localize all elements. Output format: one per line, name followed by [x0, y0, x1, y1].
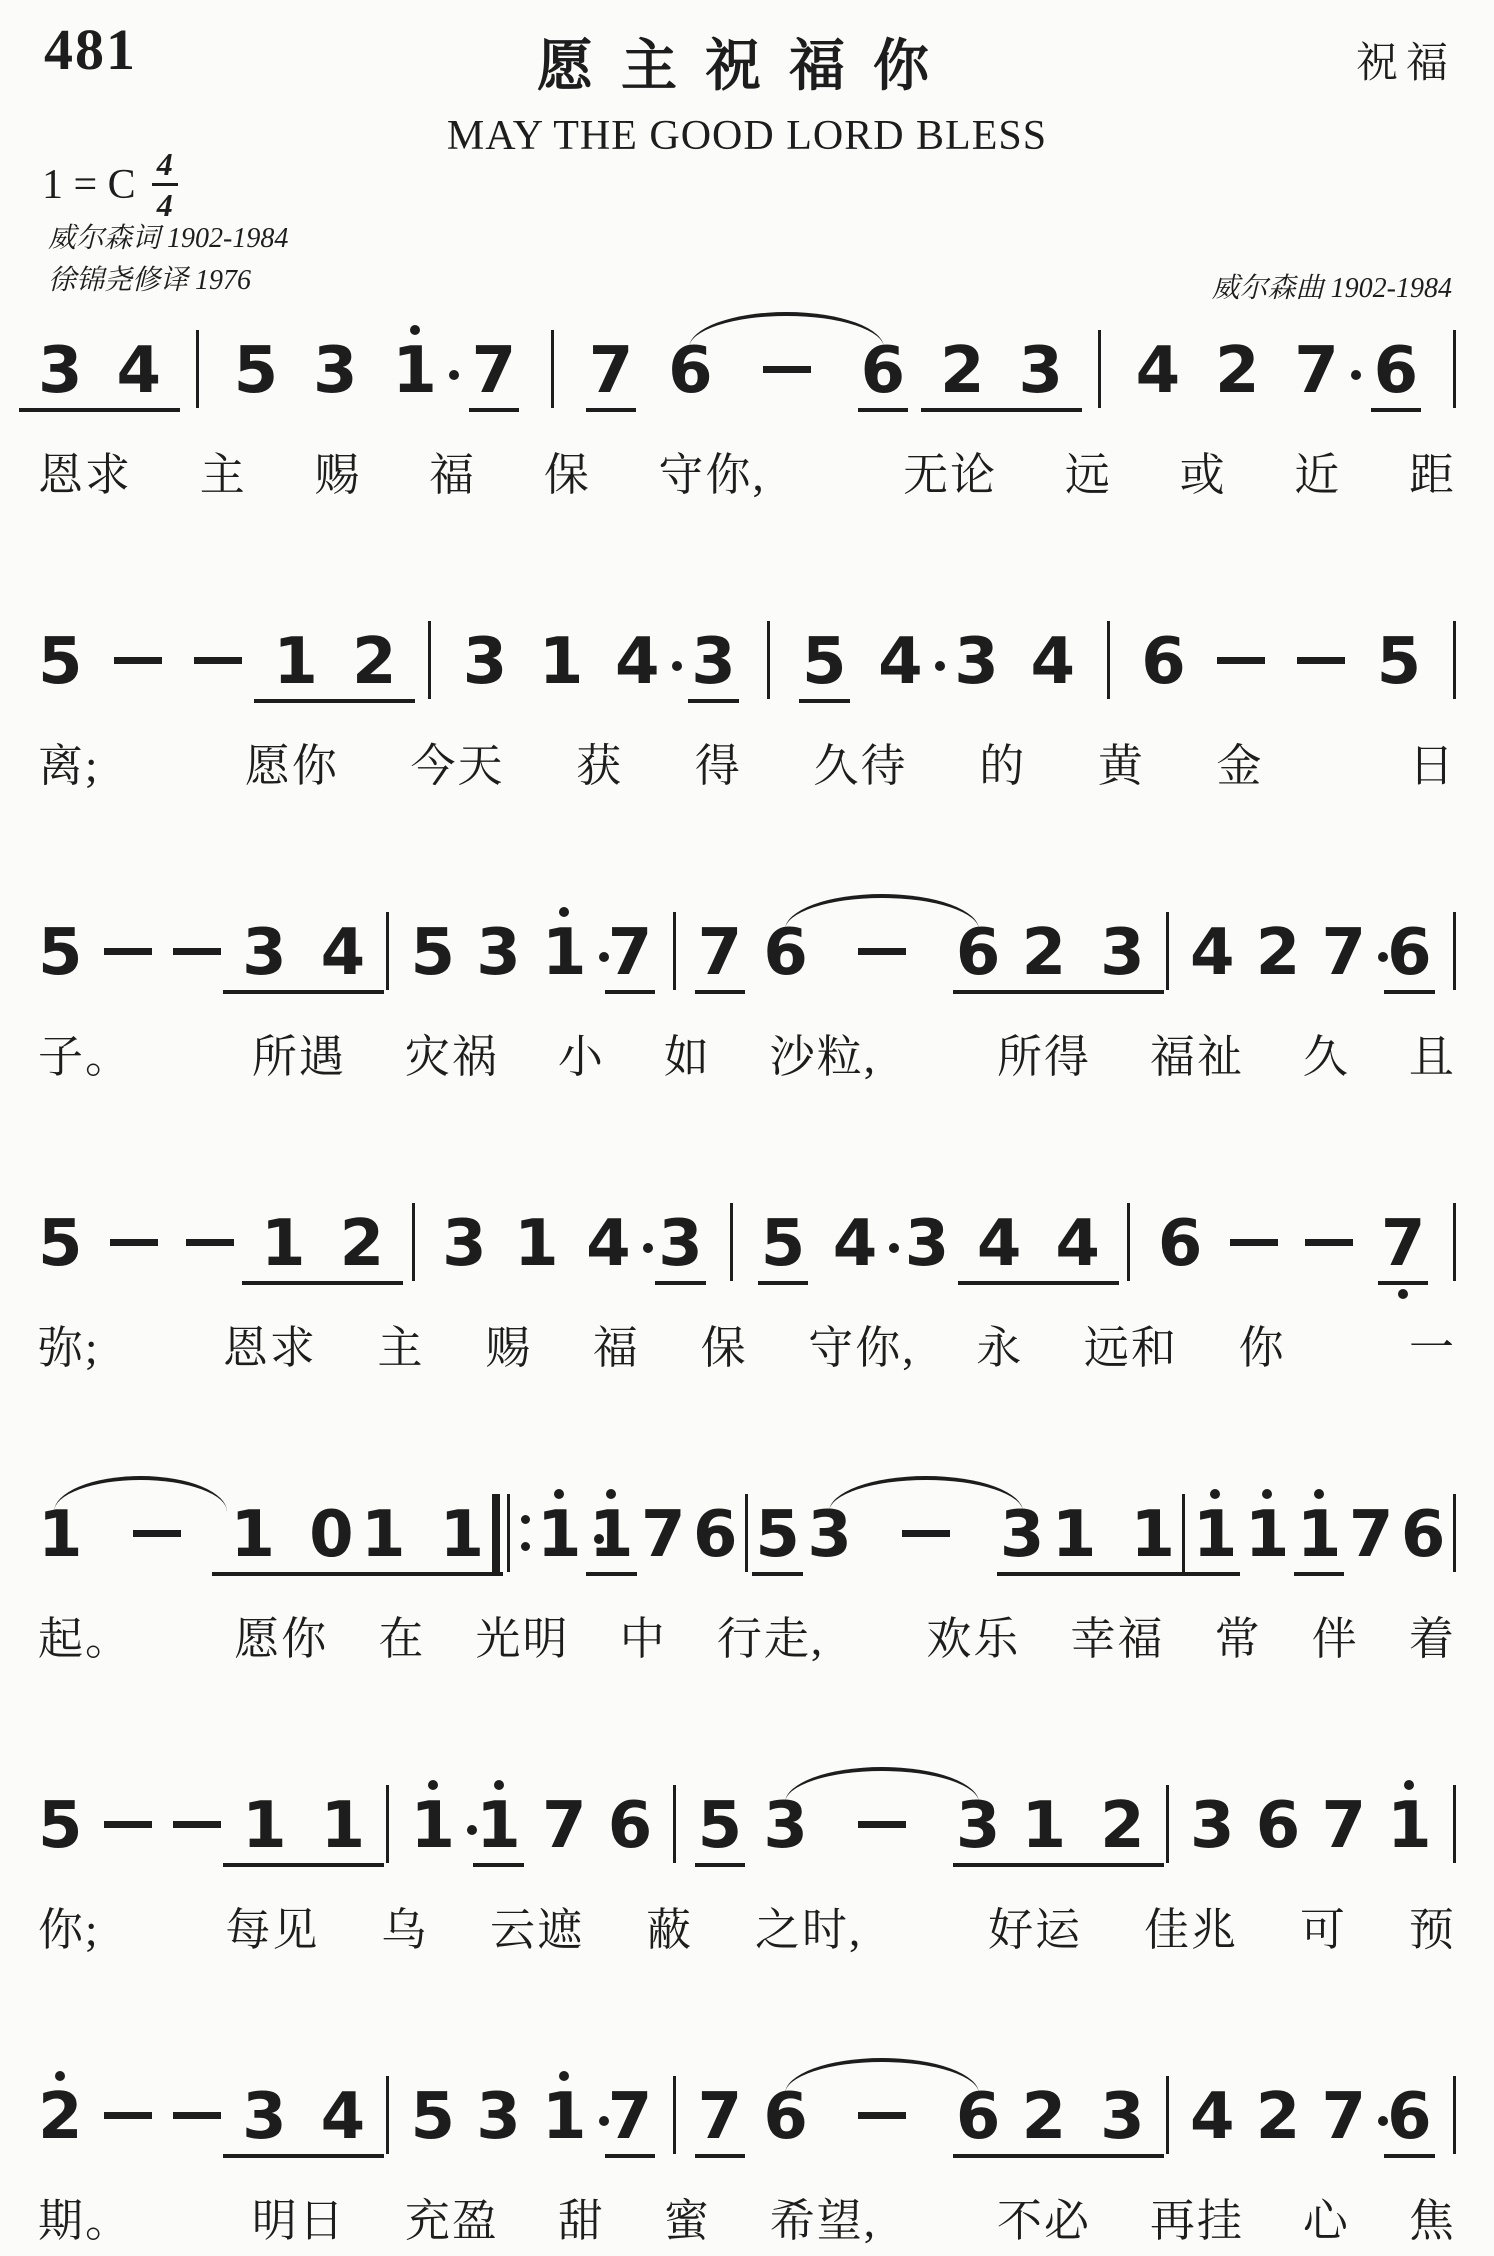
barline	[673, 2058, 676, 2174]
lyric-word: 福	[429, 438, 476, 503]
note-digit: 1	[411, 1789, 456, 1863]
barline	[412, 1185, 415, 1301]
note-digit: 3	[1190, 1789, 1235, 1863]
lyric-word: 守你,	[808, 1311, 915, 1376]
note-digit: 3	[463, 625, 508, 699]
barline-glyph	[196, 330, 199, 408]
barline-glyph	[1453, 912, 1456, 990]
note-digit: 5	[802, 625, 847, 699]
note-digit: 6	[693, 1498, 738, 1572]
note: 3	[1190, 1767, 1235, 1883]
note: 1	[1130, 1476, 1175, 1592]
lyrics-row: 你;每见乌云遮蔽之时,好运佳兆可预	[38, 1893, 1456, 1958]
barline	[551, 312, 554, 428]
dash-glyph	[858, 948, 906, 955]
score: 345317766234276恩求主赐福保守你,无论远或近距5123143543…	[38, 312, 1456, 2249]
note: 7	[608, 894, 653, 1010]
notes-row: 345317766234276	[38, 312, 1456, 428]
lyric-word: 希望,	[770, 2184, 877, 2249]
lyric-word: 主	[378, 1311, 425, 1376]
note-digit: 5	[38, 1207, 83, 1281]
duration-dash	[1297, 603, 1345, 719]
note: 7	[1321, 1767, 1366, 1883]
lyric-spacer	[191, 1020, 193, 1085]
note-digit: 3	[313, 334, 358, 408]
note-digit: 6	[956, 916, 1001, 990]
barline-glyph	[673, 1785, 676, 1863]
note: 5	[1377, 603, 1422, 719]
lyric-word: 福祉	[1150, 1020, 1244, 1085]
note-digit: 2	[352, 625, 397, 699]
barline-glyph	[730, 1203, 733, 1281]
barline	[1166, 2058, 1169, 2174]
note: 5	[698, 1767, 743, 1883]
beam-group: 23	[1022, 894, 1145, 1010]
lyric-word: 恩求	[223, 1311, 317, 1376]
duration-dash	[186, 1185, 234, 1301]
octave-dot-high	[410, 325, 420, 335]
lyric-word: 所遇	[252, 1020, 346, 1085]
note-digit: 1	[1245, 1498, 1290, 1572]
notes-row: 5345317766234276	[38, 894, 1456, 1010]
note-digit: 1	[514, 1207, 559, 1281]
note: 1	[537, 1476, 582, 1592]
note: 7	[472, 312, 517, 428]
duration-dash	[110, 1185, 158, 1301]
note-digit: 7	[472, 334, 517, 408]
note-digit: 6	[608, 1789, 653, 1863]
note: 6	[1374, 312, 1419, 428]
octave-dot-high	[606, 1489, 616, 1499]
lyric-word: 起。	[38, 1602, 132, 1667]
note-digit: 1	[231, 1498, 276, 1572]
barline	[1098, 312, 1101, 428]
note-digit: 5	[234, 334, 279, 408]
barline-glyph	[1453, 1785, 1456, 1863]
note-digit: 5	[1377, 625, 1422, 699]
barline-glyph	[1127, 1203, 1130, 1281]
note-digit: 6	[1387, 2080, 1432, 2154]
note: 1	[514, 1185, 559, 1301]
note: 1	[440, 1476, 485, 1592]
lyric-spacer	[1335, 729, 1337, 794]
repeat-dot	[521, 1542, 530, 1551]
note-digit: 6	[1256, 1789, 1301, 1863]
note-digit: 7	[1294, 334, 1339, 408]
duration-dash	[114, 603, 162, 719]
header: 481 愿主祝福你 祝福 MAY THE GOOD LORD BLESS 1 =…	[38, 0, 1456, 312]
note: 7	[1381, 1185, 1426, 1301]
note-digit: 1	[392, 334, 437, 408]
octave-dot-high	[554, 1489, 564, 1499]
barline-glyph	[1166, 2076, 1169, 2154]
note-digit: 7	[1381, 1207, 1426, 1281]
note-digit: 6	[1387, 916, 1432, 990]
barline-glyph	[767, 621, 770, 699]
note-digit: 1	[542, 2080, 587, 2154]
note-digit: 3	[38, 334, 83, 408]
lyric-word: 日	[1409, 729, 1456, 794]
barline	[1453, 312, 1456, 428]
note-digit: 3	[1000, 1498, 1045, 1572]
note-digit: 2	[38, 2080, 83, 2154]
note-digit: 7	[1321, 916, 1366, 990]
note-digit: 2	[1256, 916, 1301, 990]
note: 1	[38, 1476, 83, 1592]
lyric-word: 赐	[485, 1311, 532, 1376]
note: 3	[242, 2058, 287, 2174]
lyric-word: 久	[1303, 1020, 1350, 1085]
note: 4	[117, 312, 162, 428]
duration-dash	[104, 894, 152, 1010]
note: 7	[698, 2058, 743, 2174]
note: 6	[608, 1767, 653, 1883]
barline	[1453, 894, 1456, 1010]
lyric-word: 乌	[381, 1893, 428, 1958]
lyric-word: 明日	[252, 2184, 346, 2249]
lyric-spacer	[936, 1020, 938, 1085]
note: 3	[1100, 894, 1145, 1010]
note: 6	[1158, 1185, 1203, 1301]
note-digit: 5	[755, 1498, 800, 1572]
note: 4	[1190, 894, 1235, 1010]
note: 5	[761, 1185, 806, 1301]
lyric-spacer	[1346, 1311, 1348, 1376]
system: 5345317766234276子。所遇灾祸小如沙粒,所得福祉久且	[38, 894, 1456, 1085]
note: 1	[361, 1476, 406, 1592]
octave-dot-high	[1262, 1489, 1272, 1499]
note-digit: 6	[763, 916, 808, 990]
lyric-word: 且	[1409, 1020, 1456, 1085]
system: 5111176533123671你;每见乌云遮蔽之时,好运佳兆可预	[38, 1767, 1456, 1958]
note-digit: 3	[242, 916, 287, 990]
note-digit: 2	[1022, 2080, 1067, 2154]
note-digit: 7	[542, 1789, 587, 1863]
note: 5	[802, 603, 847, 719]
note: 3	[442, 1185, 487, 1301]
lyricist-credit: 威尔森词 1902-1984	[48, 218, 288, 260]
octave-dot-high	[559, 2071, 569, 2081]
note-digit: 5	[411, 916, 456, 990]
slur-group: 33	[763, 1767, 1000, 1883]
note-digit: 2	[940, 334, 985, 408]
note-digit: 5	[38, 1789, 83, 1863]
dash-glyph	[173, 2112, 221, 2119]
credits-left: 威尔森词 1902-1984 徐锦尧修译 1976	[48, 218, 288, 302]
note: 6	[956, 2058, 1001, 2174]
lyric-word: 获	[576, 729, 623, 794]
lyrics-row: 恩求主赐福保守你,无论远或近距	[38, 438, 1456, 503]
notes-row: 2345317766234276	[38, 2058, 1456, 2174]
barline-glyph	[1107, 621, 1110, 699]
lyric-word: 你	[1239, 1311, 1286, 1376]
note: 3	[905, 1185, 950, 1301]
dash-glyph	[173, 1821, 221, 1828]
note: 4	[1030, 603, 1075, 719]
note: 3	[954, 603, 999, 719]
beam-group: 11	[242, 1767, 365, 1883]
note: 1	[261, 1185, 306, 1301]
note: 1	[1387, 1767, 1432, 1883]
note: 6	[861, 312, 906, 428]
note: 7	[698, 894, 743, 1010]
meter-numerator: 4	[157, 148, 173, 180]
note-digit: 1	[261, 1207, 306, 1281]
duration-dash	[858, 894, 906, 1010]
lyric-word: 的	[979, 729, 1026, 794]
duration-dot	[889, 1243, 899, 1253]
meter-denominator: 4	[157, 189, 173, 221]
lyric-word: 好运	[988, 1893, 1082, 1958]
note-digit: 4	[833, 1207, 878, 1281]
lyric-word: 无论	[903, 438, 997, 503]
barline	[1127, 1185, 1130, 1301]
note-digit: 4	[1030, 625, 1075, 699]
beam-group: 12	[261, 1185, 384, 1301]
beam-group: 12	[273, 603, 396, 719]
beam-group: 44	[977, 1185, 1100, 1301]
beam-group: 12	[1022, 1767, 1145, 1883]
note: 3	[242, 894, 287, 1010]
note: 6	[956, 894, 1001, 1010]
note: 4	[977, 1185, 1022, 1301]
barline-glyph	[673, 912, 676, 990]
note-digit: 4	[1055, 1207, 1100, 1281]
lyric-spacer	[833, 438, 835, 503]
lyric-word: 黄	[1098, 729, 1145, 794]
note: 1	[411, 1767, 456, 1883]
barline-glyph	[1182, 1494, 1185, 1572]
barline	[1453, 1185, 1456, 1301]
hymn-title-english: MAY THE GOOD LORD BLESS	[38, 112, 1456, 160]
note: 4	[878, 603, 923, 719]
lyrics-row: 子。所遇灾祸小如沙粒,所得福祉久且	[38, 1020, 1456, 1085]
dash-glyph	[133, 1530, 181, 1537]
note-digit: 7	[641, 1498, 686, 1572]
dash-glyph	[1230, 1239, 1278, 1246]
barline	[767, 603, 770, 719]
dash-glyph	[1305, 1239, 1353, 1246]
barline	[196, 312, 199, 428]
note-digit: 4	[321, 916, 366, 990]
note: 1	[242, 1767, 287, 1883]
lyric-word: 子。	[38, 1020, 132, 1085]
note: 1	[392, 312, 437, 428]
lyric-word: 常	[1215, 1602, 1262, 1667]
lyric-word: 离;	[38, 729, 100, 794]
octave-dot-high	[1314, 1489, 1324, 1499]
duration-dash	[1230, 1185, 1278, 1301]
slur-group: 66	[763, 894, 1000, 1010]
note: 7	[542, 1767, 587, 1883]
lyric-spacer	[171, 729, 173, 794]
note-digit: 5	[411, 2080, 456, 2154]
note-digit: 6	[1158, 1207, 1203, 1281]
note: 6	[1256, 1767, 1301, 1883]
barline	[1166, 894, 1169, 1010]
note-digit: 6	[1401, 1498, 1446, 1572]
barline-glyph	[673, 2076, 676, 2154]
note-digit: 1	[537, 1498, 582, 1572]
note-digit: 7	[1321, 1789, 1366, 1863]
note-digit: 1	[476, 1789, 521, 1863]
note-digit: 4	[586, 1207, 631, 1281]
system: 2345317766234276期。明日充盈甜蜜希望,不必再挂心焦	[38, 2058, 1456, 2249]
dash-glyph	[114, 657, 162, 664]
dash-glyph	[186, 1239, 234, 1246]
note-digit: 6	[668, 334, 713, 408]
duration-dash	[858, 2058, 906, 2174]
note: 4	[321, 894, 366, 1010]
note-digit: 2	[1256, 2080, 1301, 2154]
note-digit: 3	[242, 2080, 287, 2154]
note: 1	[542, 894, 587, 1010]
note: 1	[1297, 1476, 1342, 1592]
barline-glyph	[1453, 330, 1456, 408]
note: 3	[763, 1767, 808, 1883]
lyric-word: 不必	[997, 2184, 1091, 2249]
lyric-word: 蜜	[664, 2184, 711, 2249]
note-digit: 1	[242, 1789, 287, 1863]
barline	[386, 894, 389, 1010]
repeat-dots	[521, 1494, 530, 1572]
note-digit: 5	[38, 625, 83, 699]
repeat-glyph	[492, 1494, 530, 1572]
barline	[673, 894, 676, 1010]
octave-dot-high	[559, 907, 569, 917]
note-digit: 4	[321, 2080, 366, 2154]
octave-dot-low	[1398, 1289, 1408, 1299]
lyric-word: 小	[558, 1020, 605, 1085]
notes-row: 5123143543465	[38, 603, 1456, 719]
lyric-word: 光明	[476, 1602, 570, 1667]
slur-group: 66	[763, 2058, 1000, 2174]
note-digit: 3	[807, 1498, 852, 1572]
dash-glyph	[902, 1530, 950, 1537]
system: 1101111765331111176起。愿你在光明中行走,欢乐幸福常伴着	[38, 1476, 1456, 1667]
note-digit: 5	[38, 916, 83, 990]
barline	[1182, 1476, 1185, 1592]
barline	[1166, 1767, 1169, 1883]
lyrics-row: 离;愿你今天获得久待的黄金日	[38, 729, 1456, 794]
lyric-word: 距	[1409, 438, 1456, 503]
fraction-bar	[152, 183, 178, 186]
duration-dash	[858, 1767, 906, 1883]
duration-dot	[1351, 370, 1361, 380]
note: 5	[38, 1185, 83, 1301]
duration-dash	[133, 1476, 181, 1592]
duration-dot	[935, 661, 945, 671]
note-digit: 3	[956, 1789, 1001, 1863]
note-digit: 6	[861, 334, 906, 408]
barline	[386, 1767, 389, 1883]
time-signature: 4 4	[152, 148, 178, 221]
note-digit: 1	[440, 1498, 485, 1572]
note: 2	[940, 312, 985, 428]
note: 3	[658, 1185, 703, 1301]
lyric-spacer	[182, 1602, 184, 1667]
beam-group: 10	[231, 1476, 354, 1592]
barline-glyph	[428, 621, 431, 699]
note: 3	[691, 603, 736, 719]
duration-dot	[449, 370, 459, 380]
beam-group: 34	[242, 2058, 365, 2174]
note: 6	[1387, 2058, 1432, 2174]
note: 7	[608, 2058, 653, 2174]
note: 3	[956, 1767, 1001, 1883]
note: 2	[1100, 1767, 1145, 1883]
lyrics-row: 弥;恩求主赐福保守你,永远和你一	[38, 1311, 1456, 1376]
note: 2	[340, 1185, 385, 1301]
beam-group: 11	[1052, 1476, 1175, 1592]
note-digit: 3	[691, 625, 736, 699]
beam-group: 11	[361, 1476, 484, 1592]
lyric-word: 愿你	[234, 1602, 328, 1667]
barline	[673, 1767, 676, 1883]
note-digit: 1	[589, 1498, 634, 1572]
lyric-word: 心	[1303, 2184, 1350, 2249]
key-signature: 1 = C 4 4	[42, 148, 178, 221]
repeat-dot	[521, 1515, 530, 1524]
note-digit: 3	[905, 1207, 950, 1281]
note-digit: 4	[1136, 334, 1181, 408]
duration-dash	[104, 2058, 152, 2174]
note: 7	[1349, 1476, 1394, 1592]
lyric-word: 你;	[38, 1893, 100, 1958]
beam-group: 34	[38, 312, 161, 428]
lyric-word: 甜	[558, 2184, 605, 2249]
lyric-spacer	[191, 2184, 193, 2249]
note-digit: 3	[476, 916, 521, 990]
hymn-title: 愿主祝福你	[38, 22, 1456, 102]
lyric-word: 之时,	[755, 1893, 862, 1958]
note: 1	[476, 1767, 521, 1883]
octave-dot-high	[428, 1780, 438, 1790]
note-digit: 1	[542, 916, 587, 990]
note-digit: 1	[1193, 1498, 1238, 1572]
dash-glyph	[194, 657, 242, 664]
beam-group: 23	[940, 312, 1063, 428]
lyric-word: 如	[664, 1020, 711, 1085]
lyric-word: 云遮	[490, 1893, 584, 1958]
note-digit: 4	[1190, 916, 1235, 990]
dash-glyph	[1297, 657, 1345, 664]
lyric-word: 中	[620, 1602, 667, 1667]
note-digit: 2	[1022, 916, 1067, 990]
lyric-word: 愿你	[245, 729, 339, 794]
note: 7	[641, 1476, 686, 1592]
note-digit: 4	[615, 625, 660, 699]
lyric-word: 保	[701, 1311, 748, 1376]
lyric-word: 沙粒,	[770, 1020, 877, 1085]
translator-credit: 徐锦尧修译 1976	[48, 260, 288, 302]
duration-dash	[104, 1767, 152, 1883]
note-digit: 6	[1374, 334, 1419, 408]
note: 1	[1022, 1767, 1067, 1883]
note: 7	[589, 312, 634, 428]
system: 345317766234276恩求主赐福保守你,无论远或近距	[38, 312, 1456, 503]
note: 1	[1193, 1476, 1238, 1592]
duration-dash	[763, 312, 811, 428]
barline	[1453, 1767, 1456, 1883]
lyric-word: 在	[378, 1602, 425, 1667]
note-digit: 1	[1052, 1498, 1097, 1572]
note: 1	[1245, 1476, 1290, 1592]
note-digit: 2	[1215, 334, 1260, 408]
duration-dash	[173, 2058, 221, 2174]
barline-glyph	[1166, 912, 1169, 990]
lyric-word: 远和	[1084, 1311, 1178, 1376]
